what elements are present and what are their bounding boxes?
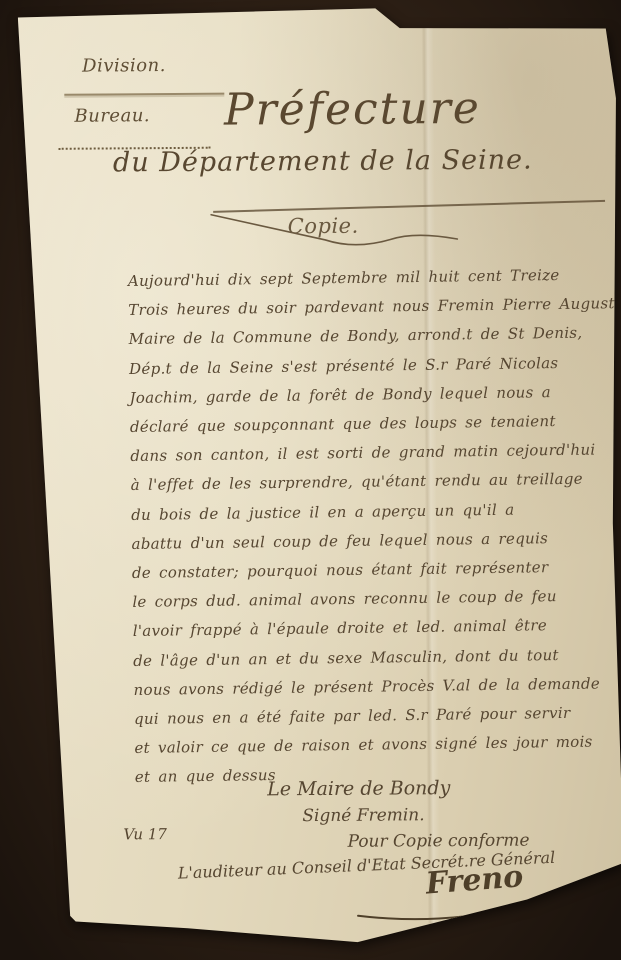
mayor-line: Le Maire de Bondy (267, 777, 450, 800)
copie-flourish (205, 209, 465, 253)
signed-line: Signé Fremin. (302, 805, 424, 826)
document-paper-wrap: Division. Bureau. Préfecture du Départem… (15, 6, 621, 950)
prefecture-title: Préfecture (132, 82, 572, 136)
certify-line: Pour Copie conforme (347, 831, 529, 852)
signature-flourish (348, 884, 578, 934)
body-text: Aujourd'hui dix sept Septembre mil huit … (128, 260, 617, 792)
document-paper: Division. Bureau. Préfecture du Départem… (12, 4, 621, 952)
department-subtitle: du Département de la Seine. (93, 144, 553, 178)
photo-stage: Division. Bureau. Préfecture du Départem… (0, 0, 621, 960)
division-label: Division. (82, 55, 166, 77)
vu-note: Vu 17 (123, 825, 167, 843)
